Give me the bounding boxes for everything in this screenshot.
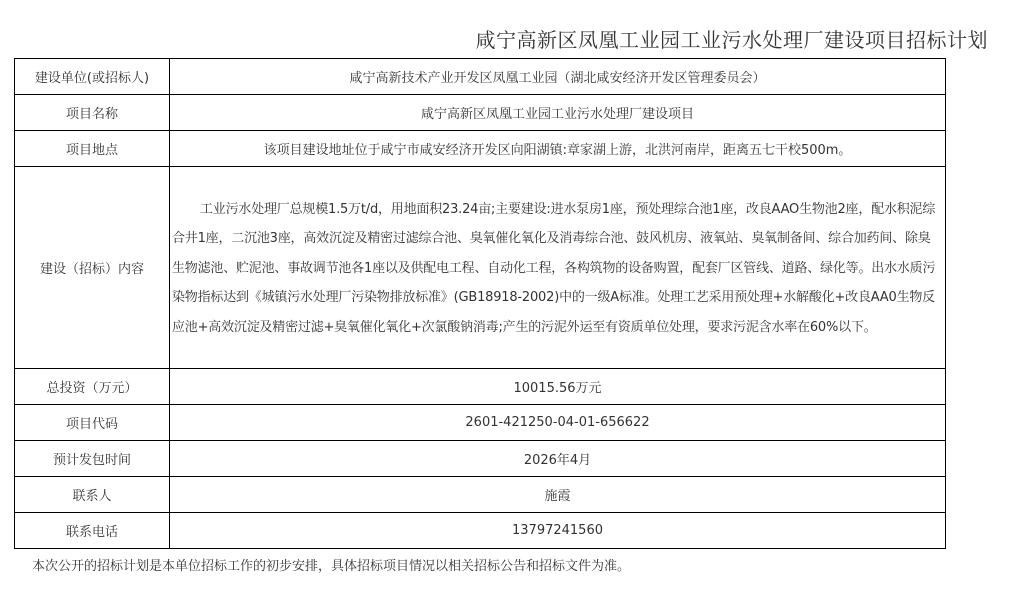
tender-plan-table: 建设单位(或招标人) 咸宁高新技术产业开发区凤凰工业园（湖北咸安经济开发区管理委… xyxy=(14,58,946,549)
row-value-investment: 10015.56万元 xyxy=(170,369,946,405)
row-value-project-name: 咸宁高新区凤凰工业园工业污水处理厂建设项目 xyxy=(170,95,946,131)
row-label-project-code: 项目代码 xyxy=(15,405,170,441)
table-row: 联系电话 13797241560 xyxy=(15,513,946,549)
row-label-owner: 建设单位(或招标人) xyxy=(15,59,170,95)
row-value-project-code: 2601-421250-04-01-656622 xyxy=(170,405,946,441)
table-row: 联系人 施霞 xyxy=(15,477,946,513)
row-label-project-name: 项目名称 xyxy=(15,95,170,131)
row-label-location: 项目地点 xyxy=(15,131,170,167)
content-text: 工业污水处理厂总规模1.5万t/d，用地面积23.24亩;主要建设:进水泵房1座… xyxy=(172,202,935,335)
row-label-phone: 联系电话 xyxy=(15,513,170,549)
table-row: 总投资（万元） 10015.56万元 xyxy=(15,369,946,405)
table-row: 建设单位(或招标人) 咸宁高新技术产业开发区凤凰工业园（湖北咸安经济开发区管理委… xyxy=(15,59,946,95)
row-value-phone: 13797241560 xyxy=(170,513,946,549)
row-label-investment: 总投资（万元） xyxy=(15,369,170,405)
row-value-contract-time: 2026年4月 xyxy=(170,441,946,477)
page-title: 咸宁高新区凤凰工业园工业污水处理厂建设项目招标计划 xyxy=(0,24,988,53)
table-row: 项目代码 2601-421250-04-01-656622 xyxy=(15,405,946,441)
row-label-contract-time: 预计发包时间 xyxy=(15,441,170,477)
row-value-contact: 施霞 xyxy=(170,477,946,513)
table-row: 预计发包时间 2026年4月 xyxy=(15,441,946,477)
row-label-content: 建设（招标）内容 xyxy=(15,167,170,369)
footnote: 本次公开的招标计划是本单位招标工作的初步安排，具体招标项目情况以相关招标公告和招… xyxy=(32,555,630,574)
row-label-contact: 联系人 xyxy=(15,477,170,513)
row-value-location: 该项目建设地址位于咸宁市咸安经济开发区向阳湖镇:章家湖上游，北洪河南岸，距离五七… xyxy=(170,131,946,167)
row-value-owner: 咸宁高新技术产业开发区凤凰工业园（湖北咸安经济开发区管理委员会） xyxy=(170,59,946,95)
table-row: 项目名称 咸宁高新区凤凰工业园工业污水处理厂建设项目 xyxy=(15,95,946,131)
table-row: 项目地点 该项目建设地址位于咸宁市咸安经济开发区向阳湖镇:章家湖上游，北洪河南岸… xyxy=(15,131,946,167)
table-row: 建设（招标）内容 工业污水处理厂总规模1.5万t/d，用地面积23.24亩;主要… xyxy=(15,167,946,369)
row-value-content: 工业污水处理厂总规模1.5万t/d，用地面积23.24亩;主要建设:进水泵房1座… xyxy=(170,167,946,369)
